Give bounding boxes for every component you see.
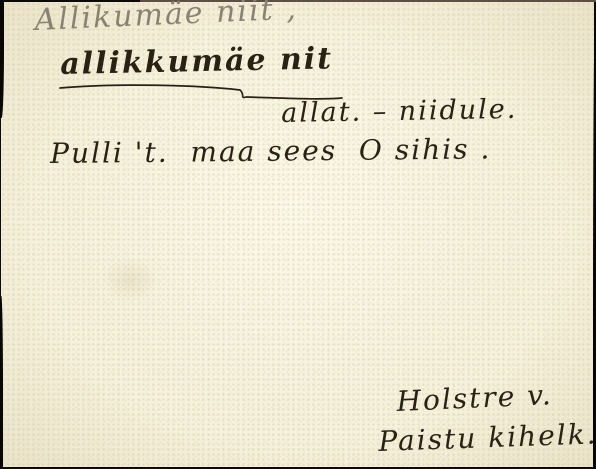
- location-note-line: Pulli 't. maa sees O sihis .: [50, 135, 491, 168]
- scanned-index-card: Allikumäe niit , allikkumäe nit allat. –…: [0, 0, 596, 469]
- paper-stain: [92, 248, 170, 312]
- main-title-line: allikkumäe nit: [60, 44, 333, 80]
- signature-parish-line: Paistu kihelk.: [378, 420, 596, 456]
- allative-note-line: allat. – niidule.: [281, 96, 518, 127]
- signature-village-line: Holstre v.: [396, 381, 553, 416]
